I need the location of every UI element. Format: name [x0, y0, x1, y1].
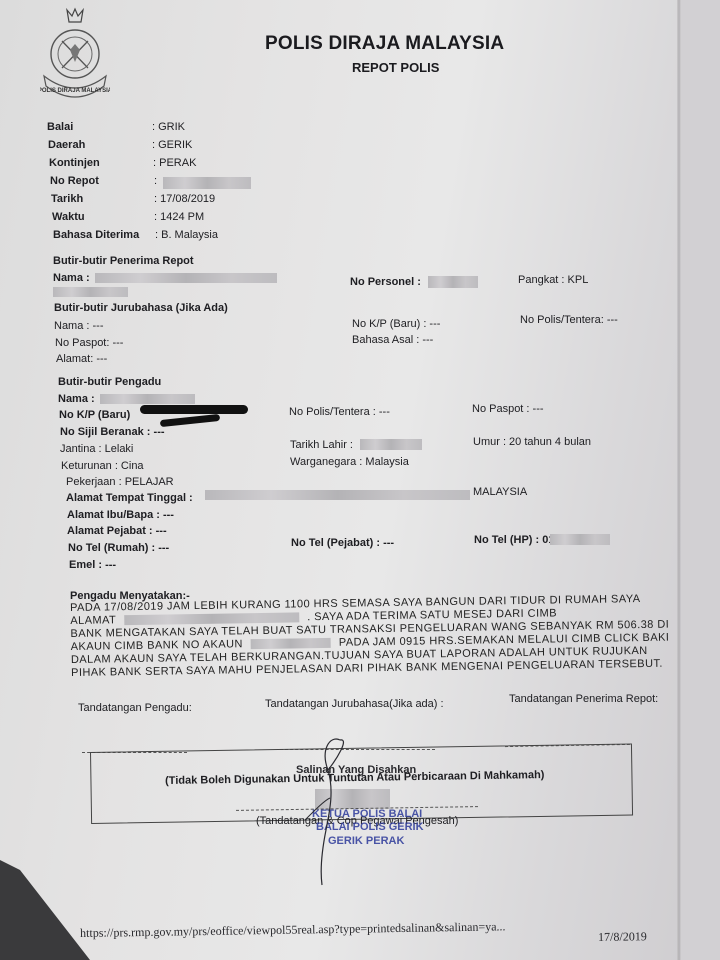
receiver-rank: Pangkat : KPL: [518, 274, 588, 286]
redacted-dob: [360, 439, 422, 450]
label-balai: Balai: [47, 121, 73, 133]
complainant-mobile-label: No Tel (HP) : 01: [474, 534, 554, 546]
interpreter-language: Bahasa Asal : ---: [352, 334, 433, 346]
redacted-complainant-address: [205, 490, 470, 500]
value-waktu: : 1424 PM: [154, 211, 204, 223]
redacted-statement-address: [124, 612, 299, 625]
redacted-report-number: [163, 177, 251, 189]
complainant-dob-label: Tarikh Lahir :: [290, 439, 353, 451]
signature-complainant-label: Tandatangan Pengadu:: [78, 702, 192, 714]
complainant-occupation: Pekerjaan : PELAJAR: [66, 476, 174, 488]
page-title: POLIS DIRAJA MALAYSIA: [265, 33, 504, 55]
signature-interpreter-label: Tandatangan Jurubahasa(Jika ada) :: [265, 698, 444, 710]
complainant-gender: Jantina : Lelaki: [60, 443, 133, 455]
page-subtitle: REPOT POLIS: [352, 60, 439, 75]
interpreter-section-title: Butir-butir Jurubahasa (Jika Ada): [54, 302, 228, 314]
value-balai: : GRIK: [152, 121, 185, 133]
handwritten-signature-icon: [300, 730, 360, 890]
redacted-mobile: [550, 534, 610, 545]
value-daerah: : GERIK: [152, 139, 192, 151]
paper-fold: [677, 0, 681, 960]
royal-malaysia-police-crest-icon: POLIS DIRAJA MALAYSIA: [40, 6, 110, 106]
interpreter-passport: No Paspot: ---: [55, 337, 123, 349]
interpreter-police-no: No Polis/Tentera: ---: [520, 314, 618, 326]
interpreter-name: Nama : ---: [54, 320, 104, 332]
complainant-section-title: Butir-butir Pengadu: [58, 376, 161, 388]
complainant-parent-address: Alamat Ibu/Bapa : ---: [67, 509, 174, 521]
statement-body: PADA 17/08/2019 JAM LEBIH KURANG 1100 HR…: [70, 593, 646, 680]
interpreter-address: Alamat: ---: [56, 353, 107, 365]
signature-receiver-label: Tandatangan Penerima Repot:: [509, 693, 658, 705]
complainant-office-tel: No Tel (Pejabat) : ---: [291, 537, 394, 549]
complainant-birth-cert: No Sijil Beranak : ---: [60, 426, 165, 438]
footer-date: 17/8/2019: [598, 929, 647, 945]
complainant-name-label: Nama :: [58, 393, 95, 405]
label-tarikh: Tarikh: [51, 193, 83, 205]
redacted-receiver-name-2: [53, 287, 128, 297]
redacted-account-number: [251, 638, 331, 649]
value-no-repot: :: [154, 175, 157, 187]
complainant-home-tel: No Tel (Rumah) : ---: [68, 542, 169, 554]
complainant-nationality: Warganegara : Malaysia: [290, 456, 409, 468]
svg-text:POLIS DIRAJA MALAYSIA: POLIS DIRAJA MALAYSIA: [40, 88, 110, 94]
redacted-personnel-number: [428, 276, 478, 288]
value-bahasa: : B. Malaysia: [155, 229, 218, 241]
redacted-receiver-name: [95, 273, 277, 283]
label-kontinjen: Kontinjen: [49, 157, 100, 169]
redacted-complainant-name: [100, 394, 195, 404]
label-waktu: Waktu: [52, 211, 85, 223]
label-daerah: Daerah: [48, 139, 85, 151]
receiver-personnel-label: No Personel :: [350, 276, 421, 288]
complainant-address-suffix: MALAYSIA: [473, 486, 527, 498]
complainant-police-no: No Polis/Tentera : ---: [289, 406, 390, 418]
complainant-ic-label: No K/P (Baru): [59, 409, 130, 421]
complainant-age: Umur : 20 tahun 4 bulan: [473, 436, 591, 448]
complainant-passport: No Paspot : ---: [472, 403, 544, 415]
receiver-name-label: Nama :: [53, 272, 90, 284]
complainant-email: Emel : ---: [69, 559, 116, 571]
label-no-repot: No Repot: [50, 175, 99, 187]
background-strip: [681, 0, 720, 960]
label-bahasa: Bahasa Diterima: [53, 229, 139, 241]
complainant-office-address: Alamat Pejabat : ---: [67, 525, 167, 537]
receiver-section-title: Butir-butir Penerima Repot: [53, 255, 194, 267]
complainant-race: Keturunan : Cina: [61, 460, 144, 472]
redacted-ic-number: [140, 405, 248, 414]
value-kontinjen: : PERAK: [153, 157, 196, 169]
interpreter-ic: No K/P (Baru) : ---: [352, 318, 440, 330]
value-tarikh: : 17/08/2019: [154, 193, 215, 205]
complainant-address-label: Alamat Tempat Tinggal :: [66, 492, 193, 504]
